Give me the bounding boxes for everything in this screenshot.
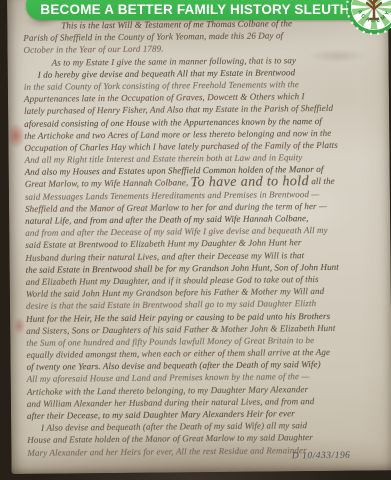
- manuscript-phrase: I do hereby give devise and bequeath All…: [38, 67, 296, 79]
- manuscript-phrase: lately purchased of Henry Fisher, And Al…: [24, 103, 333, 116]
- banner-title: BECOME A BETTER FAMILY HISTORY SLEUTH: [40, 2, 349, 17]
- banner: BECOME A BETTER FAMILY HISTORY SLEUTH: [26, 0, 364, 20]
- manuscript-phrase: Husband during their natural Lives, and …: [25, 250, 304, 263]
- photo-background: This is the last Will & Testament of me …: [0, 0, 391, 480]
- manuscript-phrase: Great Marlow, to my Wife Hannah Colbane,: [25, 178, 191, 190]
- manuscript-page: This is the last Will & Testament of me …: [7, 0, 391, 474]
- manuscript-text: This is the last Will & Testament of me …: [23, 16, 389, 458]
- manuscript-phrase: Mary Alexander and her Heirs for ever, A…: [27, 445, 306, 458]
- academy-badge-logo: ACADEMY: [346, 0, 391, 35]
- manuscript-phrase: October in the Year of our Lord 1789.: [23, 44, 163, 55]
- tree-logo-icon: ACADEMY: [346, 0, 391, 35]
- ink-stain: [9, 123, 25, 149]
- archive-reference: D 10/433/196: [292, 451, 351, 462]
- manuscript-phrase: desire is that the said Estate in Brentw…: [26, 298, 316, 311]
- manuscript-phrase: As to my Estate I give the same in manne…: [52, 55, 297, 67]
- ink-stain: [13, 317, 25, 335]
- manuscript-phrase: This is the last Will & Testament of me …: [61, 18, 292, 30]
- manuscript-phrase: all the: [309, 176, 335, 186]
- manuscript-phrase: House and Estate holden of the Manor of …: [27, 432, 313, 445]
- manuscript-phrase: All my aforesaid House and Land and Prem…: [27, 372, 310, 385]
- manuscript-phrase: Parish of Sheffield in the County of Yor…: [23, 31, 283, 43]
- manuscript-phrase: said Estate at Brentwood to Elizabeth Hu…: [25, 238, 301, 251]
